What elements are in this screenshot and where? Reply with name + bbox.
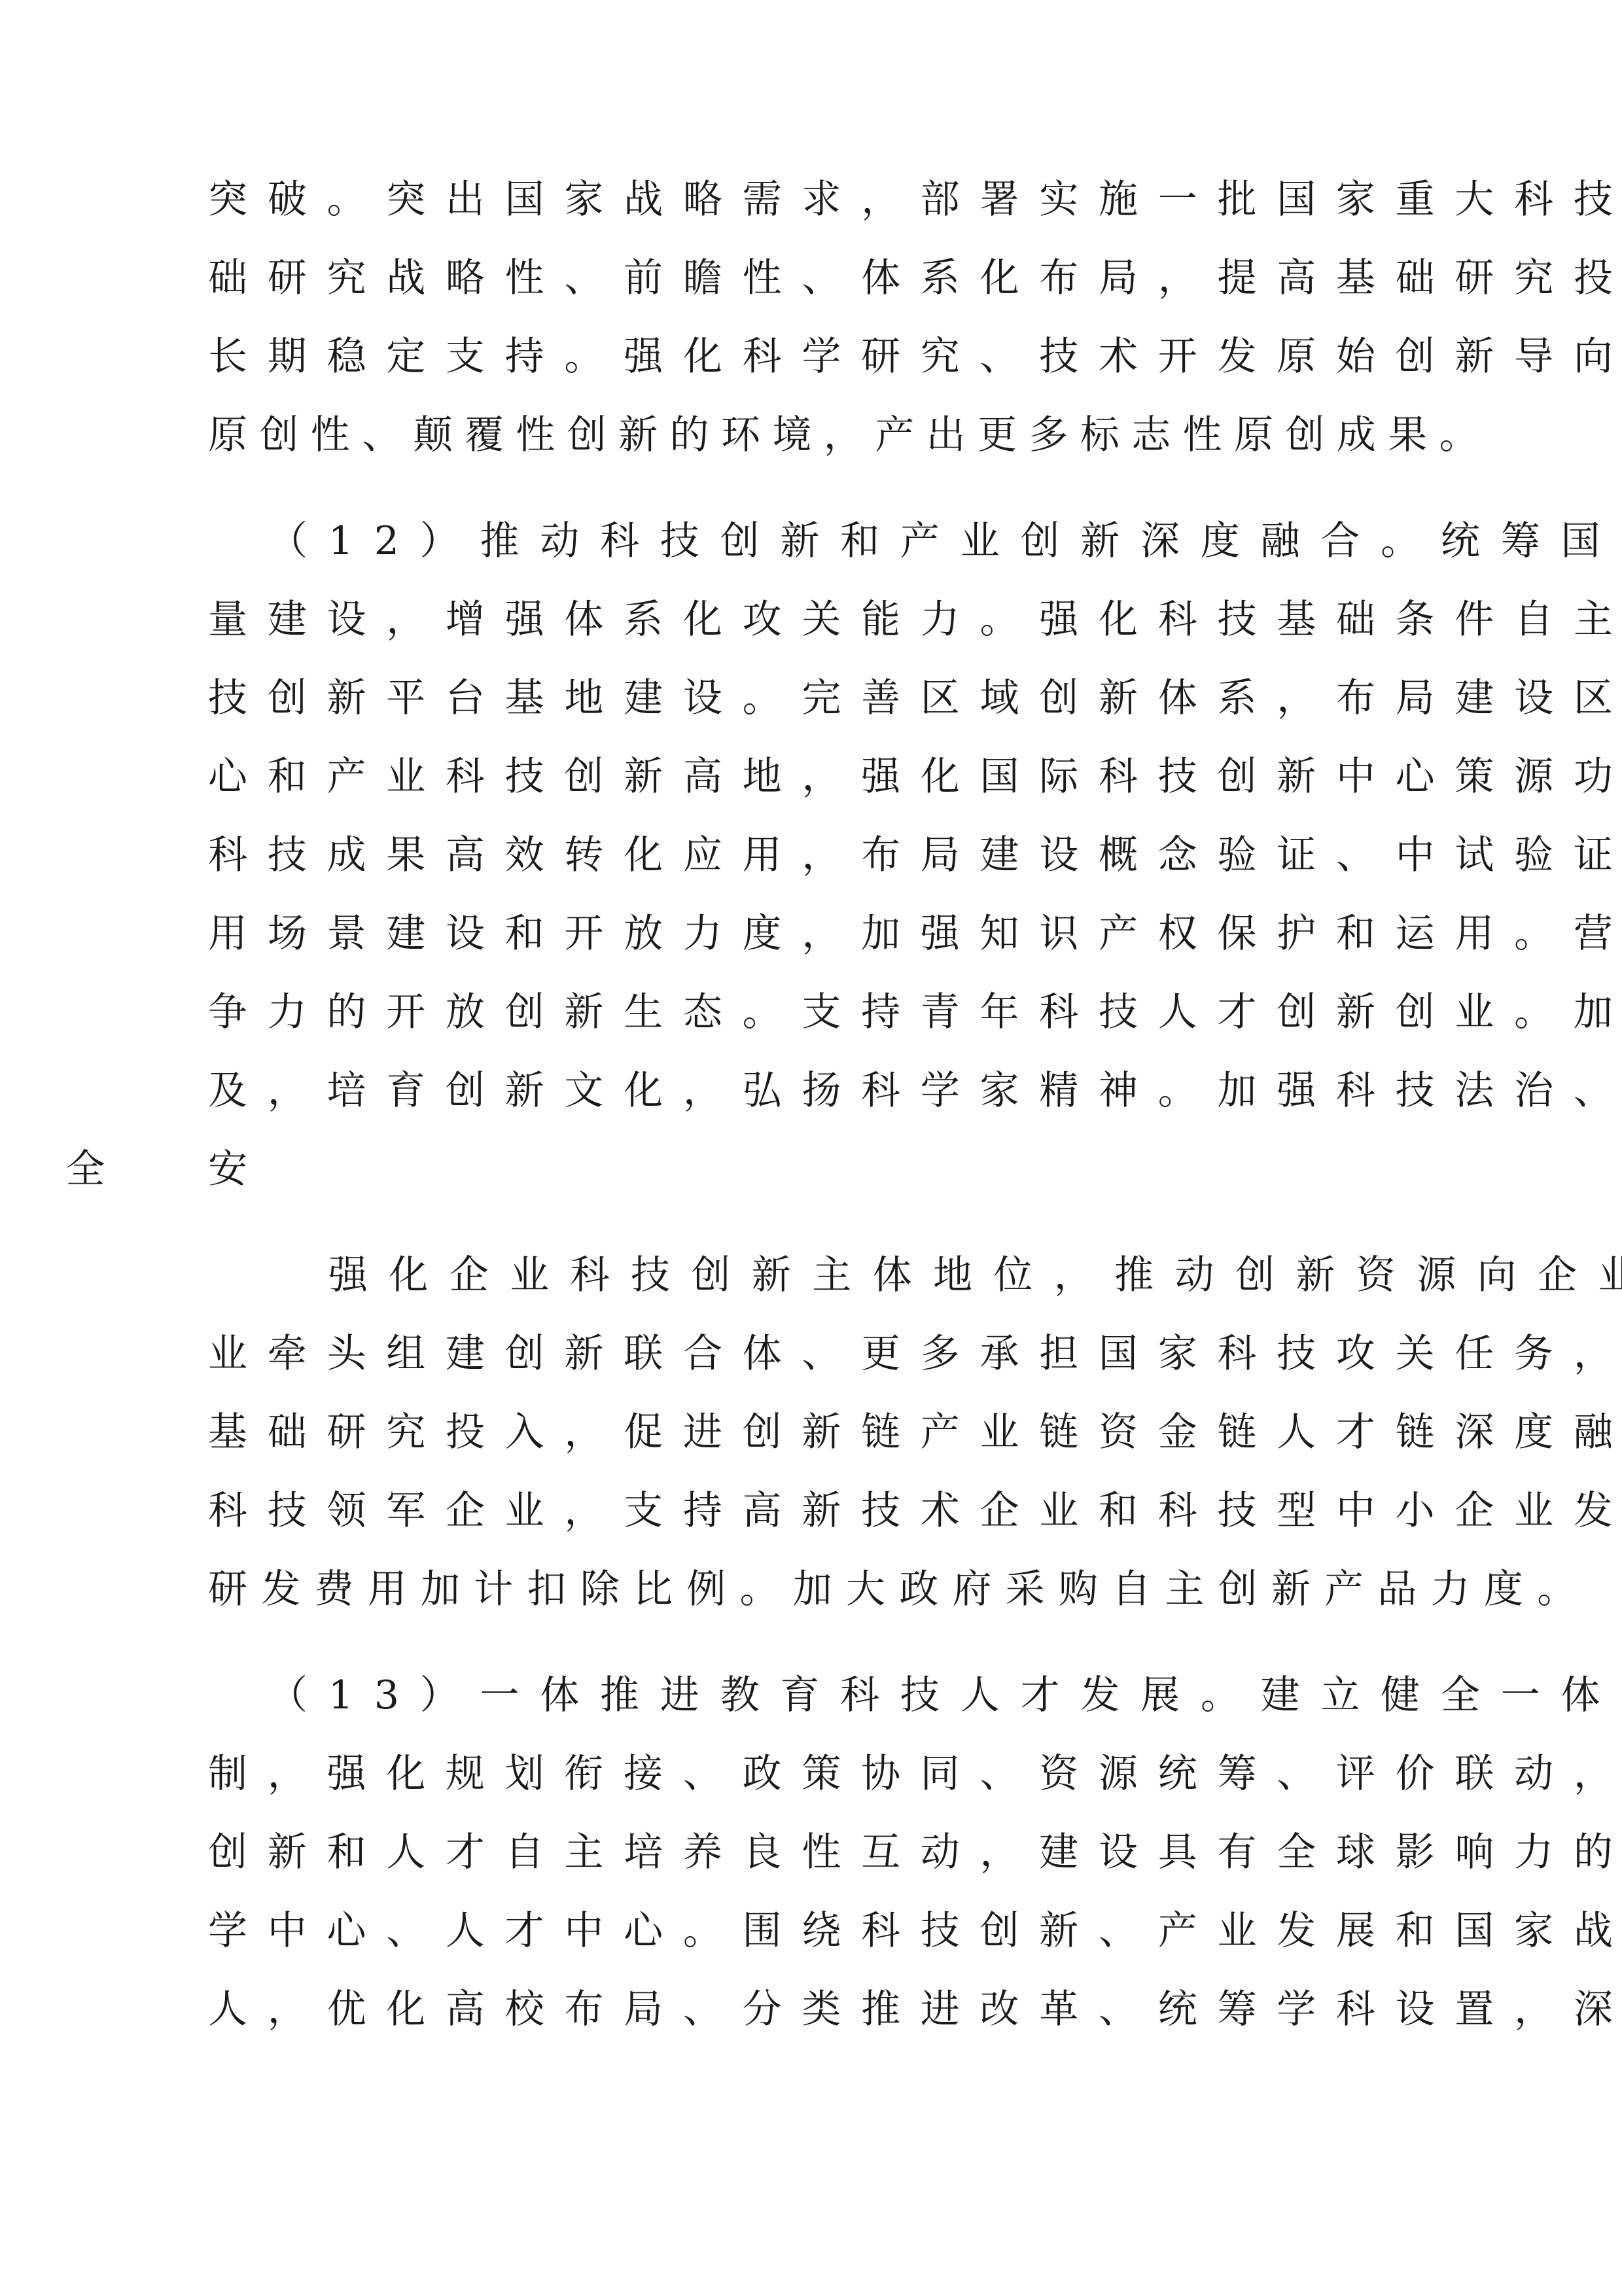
paragraph-12: （12）推动科技创新和产业创新深度融合。统筹国家战略科技力 量建设，增强体系化攻… <box>208 502 1419 1209</box>
text-line: 研发费用加计扣除比例。加大政府采购自主创新产品力度。 <box>208 1550 1419 1629</box>
text-line: 原创性、颠覆性创新的环境，产出更多标志性原创成果。 <box>208 396 1419 474</box>
text-line: 强化企业科技创新主体地位，推动创新资源向企业集聚，支持企 <box>208 1236 1419 1315</box>
text-line: 基础研究投入，促进创新链产业链资金链人才链深度融合。培育壮大 <box>208 1393 1419 1472</box>
document-page: 突破。突出国家战略需求，部署实施一批国家重大科技任务。加强基 础研究战略性、前瞻… <box>208 160 1419 2076</box>
text-line: 量建设，增强体系化攻关能力。强化科技基础条件自主保障，统筹科 <box>208 580 1419 659</box>
text-line: 安全建设。 <box>208 1130 1419 1209</box>
text-line: 突破。突出国家战略需求，部署实施一批国家重大科技任务。加强基 <box>208 160 1419 239</box>
text-line: 及，培育创新文化，弘扬科学家精神。加强科技法治、伦理、诚信、 <box>208 1051 1419 1130</box>
text-line: 用场景建设和开放力度，加强知识产权保护和运用。营造具有全球竞 <box>208 894 1419 973</box>
text-line: 长期稳定支持。强化科学研究、技术开发原始创新导向，优化有利于 <box>208 317 1419 396</box>
text-line: 制，强化规划衔接、政策协同、资源统筹、评价联动，促进科技自主 <box>208 1735 1419 1813</box>
text-line: 础研究战略性、前瞻性、体系化布局，提高基础研究投入比重，加大 <box>208 239 1419 317</box>
text-line: （12）推动科技创新和产业创新深度融合。统筹国家战略科技力 <box>208 502 1419 580</box>
text-line: 业牵头组建创新联合体、更多承担国家科技攻关任务，鼓励企业加大 <box>208 1315 1419 1393</box>
text-line: 科技成果高效转化应用，布局建设概念验证、中试验证平台，加大应 <box>208 816 1419 894</box>
text-line: 创新和人才自主培养良性互动，建设具有全球影响力的教育中心、科 <box>208 1813 1419 1892</box>
paragraph-13: （13）一体推进教育科技人才发展。建立健全一体推进的协调机 制，强化规划衔接、政… <box>208 1656 1419 2049</box>
paragraph-enterprise: 强化企业科技创新主体地位，推动创新资源向企业集聚，支持企 业牵头组建创新联合体、… <box>208 1236 1419 1629</box>
text-line: 科技领军企业，支持高新技术企业和科技型中小企业发展，提高企业 <box>208 1472 1419 1550</box>
text-line: 争力的开放创新生态。支持青年科技人才创新创业。加强科学技术普 <box>208 973 1419 1051</box>
text-line: 技创新平台基地建设。完善区域创新体系，布局建设区域科技创新中 <box>208 659 1419 737</box>
text-line: （13）一体推进教育科技人才发展。建立健全一体推进的协调机 <box>208 1656 1419 1735</box>
text-line: 心和产业科技创新高地，强化国际科技创新中心策源功能。加快重大 <box>208 737 1419 816</box>
text-line: 人，优化高校布局、分类推进改革、统筹学科设置，深入推进“双一 <box>208 1970 1419 2049</box>
paragraph-continued: 突破。突出国家战略需求，部署实施一批国家重大科技任务。加强基 础研究战略性、前瞻… <box>208 160 1419 474</box>
text-line: 学中心、人才中心。围绕科技创新、产业发展和国家战略需求协同育 <box>208 1892 1419 1970</box>
